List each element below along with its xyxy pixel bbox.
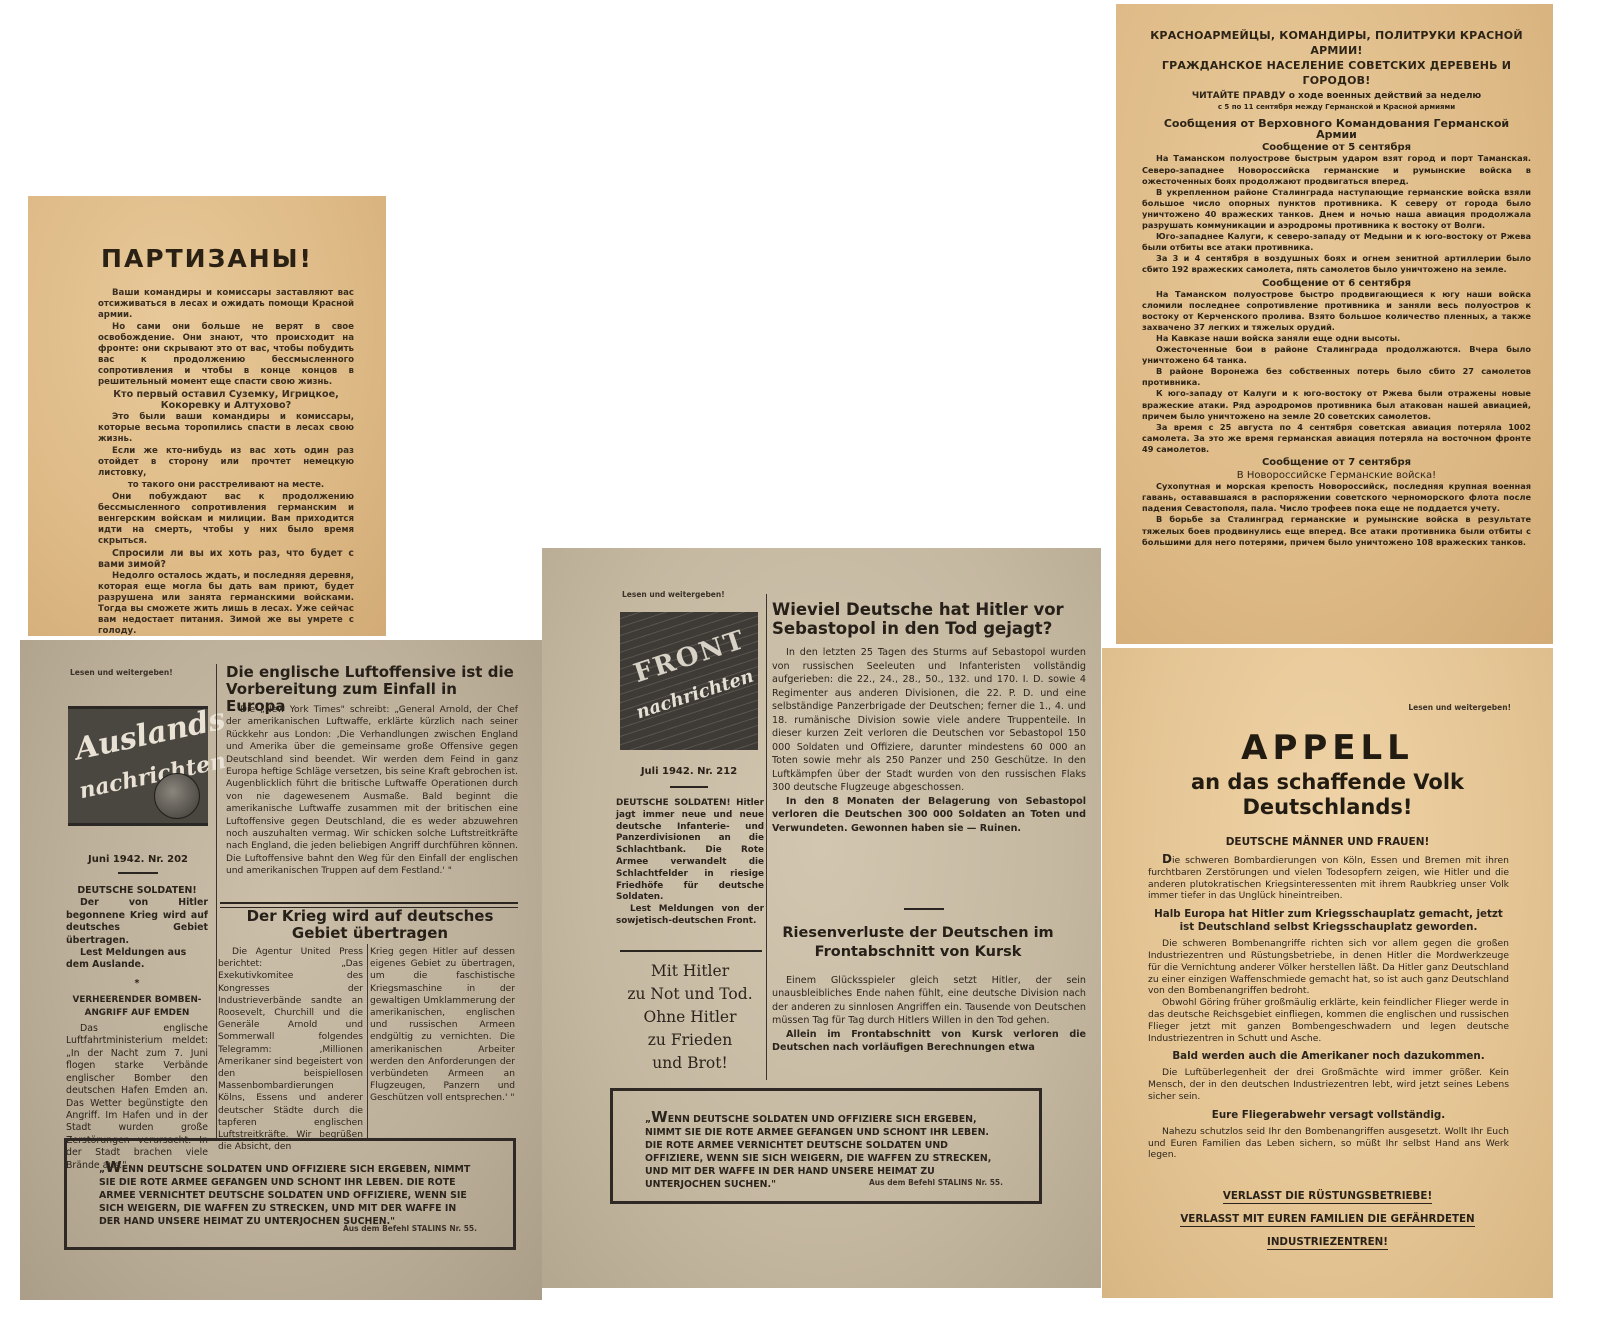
leaflet-frontnachrichten: Lesen und weitergeben! FRONT nachrichten… [542, 548, 1101, 1288]
read-truth: ЧИТАЙТЕ ПРАВДУ о ходе военных действий з… [1142, 91, 1531, 102]
leaflet-auslandsnachrichten: Lesen und weitergeben! Auslands nachrich… [20, 640, 542, 1300]
paragraph: Allein im Frontabschnitt von Kursk verlo… [772, 1028, 1086, 1055]
question: Спросили ли вы их хоть раз, что будет с … [98, 548, 354, 570]
stalin-quote-box: „Wenn deutsche Soldaten und Offiziere si… [64, 1138, 516, 1250]
paragraph: Если же кто-нибудь из вас хоть один раз … [98, 446, 354, 479]
quote-source: Aus dem Befehl STALINS Nr. 55. [869, 1178, 1003, 1187]
paragraph: Сухопутная и морская крепость Новороссий… [1142, 481, 1531, 514]
headline: Der Krieg wird auf deutsches Gebiet über… [220, 908, 520, 942]
slogan: Mit Hitler zu Not und Tod. Ohne Hitler z… [616, 960, 764, 1075]
quote-initial: W [651, 1108, 668, 1126]
article-column: Die Agentur United Press berichtet: „Das… [218, 946, 363, 1153]
left-column: DEUTSCHE SOLDATEN! Der von Hitler begonn… [66, 885, 208, 1172]
paragraph: то такого они расстреливают на месте. [98, 480, 354, 491]
paragraph: Obwohl Göring früher großmäulig erklärte… [1148, 997, 1509, 1044]
headline: Riesenverluste der Deutschen im Frontabs… [772, 924, 1064, 962]
column-divider [367, 944, 368, 1139]
paragraph: На Кавказе наши войска заняли еще одни в… [1142, 333, 1531, 344]
paragraph: In den 8 Monaten der Belagerung von Seba… [772, 795, 1086, 836]
slogan-line: zu Not und Tod. [616, 983, 764, 1006]
section-subtitle: В Новороссийске Германские войска! [1142, 470, 1531, 481]
paragraph: Недолго осталось ждать, и последняя дере… [98, 571, 354, 636]
appell-body: Die schweren Bombardierungen von Köln, E… [1148, 854, 1509, 1161]
column-divider [766, 594, 767, 1080]
paragraph: На Таманском полуострове быстро продвига… [1142, 289, 1531, 333]
pass-on-note: Lesen und weitergeben! [622, 590, 725, 599]
slogan-line: zu Frieden [616, 1029, 764, 1052]
paragraph: Die schweren Bombardierungen von Köln, E… [1148, 854, 1509, 902]
paragraph: Lest Meldungen aus dem Auslande. [66, 947, 208, 972]
bomb-heading: VERHEERENDER BOMBEN-ANGRIFF AUF EMDEN [66, 994, 208, 1019]
salutation: DEUTSCHE MÄNNER UND FRAUEN! [1102, 836, 1553, 848]
column-divider [216, 664, 217, 1139]
paragraph: В укрепленном районе Сталинграда наступа… [1142, 187, 1531, 231]
article-column: Krieg gegen Hitler auf dessen eigenes Ge… [370, 946, 515, 1105]
section-title: Сообщение от 6 сентября [1142, 278, 1531, 289]
paragraph: На Таманском полуострове быстрым ударом … [1142, 153, 1531, 186]
slogan-line: Ohne Hitler [616, 1006, 764, 1029]
subheading: Bald werden auch die Amerikaner noch daz… [1148, 1050, 1509, 1063]
paragraph: Lest Meldungen von der sowjetisch-deutsc… [616, 904, 764, 928]
stalin-quote-box: „Wenn deutsche Soldaten und Offiziere si… [610, 1088, 1042, 1204]
article: Die „New York Times" schreibt: „General … [226, 704, 518, 878]
paragraph: Ожесточенные бои в районе Сталинграда пр… [1142, 344, 1531, 366]
question: Кто первый оставил Суземку, Игрицкое, Ко… [98, 389, 354, 411]
slogan-line: und Brot! [616, 1052, 764, 1075]
issue-number: Juli 1942. Nr. 212 [620, 766, 758, 777]
call-line: INDUSTRIEZENTREN! [1102, 1236, 1553, 1248]
paragraph: In den letzten 25 Tagen des Sturms auf S… [772, 646, 1086, 795]
masthead-logo: FRONT nachrichten [620, 612, 758, 750]
paragraph: В борьбе за Сталинград германские и румы… [1142, 514, 1531, 547]
report-source: Сообщения от Верховного Командования Гер… [1142, 118, 1531, 140]
leaflet-appell: Lesen und weitergeben! APPELL an das sch… [1102, 648, 1553, 1298]
leaflet-partisans: ПАРТИЗАНЫ! Ваши командиры и комиссары за… [28, 196, 386, 636]
read-truth-sub: с 5 по 11 сентября между Германской и Кр… [1142, 102, 1531, 113]
section-title: Сообщение от 7 сентября [1142, 457, 1531, 468]
leaflet-body: Ваши командиры и комиссары заставляют ва… [98, 288, 354, 636]
issue-number: Juni 1942. Nr. 202 [68, 854, 208, 865]
left-column: DEUTSCHE SOLDATEN! Hitler jagt immer neu… [616, 798, 764, 928]
article: In den letzten 25 Tagen des Sturms auf S… [772, 646, 1086, 835]
paragraph: Der von Hitler begonnene Krieg wird auf … [66, 897, 208, 947]
leaflet-title: ПАРТИЗАНЫ! [28, 244, 386, 273]
divider [670, 786, 708, 788]
paragraph-text: ie schweren Bombardierungen von Köln, Es… [1148, 855, 1509, 901]
drop-cap: D [1162, 852, 1172, 866]
pass-on-note: Lesen und weitergeben! [70, 668, 173, 677]
paragraph: Юго-западнее Калуги, к северо-западу от … [1142, 231, 1531, 253]
paragraph: Nahezu schutzlos seid Ihr den Bombenangr… [1148, 1126, 1509, 1161]
divider [118, 872, 158, 874]
paragraph: Они побуждают вас к продолжению бессмысл… [98, 492, 354, 547]
masthead-logo: Auslands nachrichten [68, 706, 208, 826]
stalin-quote: „Wenn deutsche Soldaten und Offiziere si… [99, 1161, 477, 1228]
article: Einem Glücksspieler gleich setzt Hitler,… [772, 974, 1086, 1054]
subheading: Eure Fliegerabwehr versagt vollständig. [1148, 1109, 1509, 1122]
globe-icon [154, 773, 200, 819]
star-icon: * [66, 978, 208, 990]
paragraph: Die Luftüberlegenheit der drei Großmächt… [1148, 1067, 1509, 1102]
call-line: VERLASST MIT EUREN FAMILIEN DIE GEFÄHRDE… [1102, 1213, 1553, 1225]
paragraph: Ваши командиры и комиссары заставляют ва… [98, 288, 354, 321]
subtitle-line: an das schaffende Volk [1102, 770, 1553, 795]
paragraph: DEUTSCHE SOLDATEN! Hitler jagt immer neu… [616, 798, 764, 904]
section-title: Сообщение от 5 сентября [1142, 142, 1531, 153]
calls-to-action: VERLASST DIE RÜSTUNGSBETRIEBE! VERLASST … [1102, 1190, 1553, 1259]
left-heading: DEUTSCHE SOLDATEN! [66, 885, 208, 897]
paragraph: Die schweren Bombenangriffe richten sich… [1148, 938, 1509, 997]
leaflet-title: APPELL [1102, 728, 1553, 768]
report-heading: КРАСНОАРМЕЙЦЫ, КОМАНДИРЫ, ПОЛИТРУКИ КРАС… [1142, 28, 1531, 58]
call-text: INDUSTRIEZENTREN! [1267, 1236, 1388, 1250]
pass-on-note: Lesen und weitergeben! [1408, 703, 1511, 712]
divider [904, 908, 944, 910]
headline: Wieviel Deutsche hat Hitler vor Sebastop… [772, 600, 1088, 638]
report-heading: ГРАЖДАНСКОЕ НАСЕЛЕНИЕ СОВЕТСКИХ ДЕРЕВЕНЬ… [1142, 58, 1531, 88]
leaflet-subtitle: an das schaffende Volk Deutschlands! [1102, 770, 1553, 820]
paragraph: За время с 25 августа по 4 сентября сове… [1142, 422, 1531, 455]
quote-source: Aus dem Befehl STALINS Nr. 55. [343, 1224, 477, 1233]
paragraph: За 3 и 4 сентября в воздушных боях и огн… [1142, 253, 1531, 275]
report-body: КРАСНОАРМЕЙЦЫ, КОМАНДИРЫ, ПОЛИТРУКИ КРАС… [1142, 28, 1531, 548]
paragraph: Это были ваши командиры и комиссары, кот… [98, 412, 354, 445]
leaflet-report: КРАСНОАРМЕЙЦЫ, КОМАНДИРЫ, ПОЛИТРУКИ КРАС… [1116, 4, 1553, 644]
call-text: VERLASST MIT EUREN FAMILIEN DIE GEFÄHRDE… [1180, 1213, 1474, 1227]
divider [620, 950, 762, 952]
paragraph: Но сами они больше не верят в свое освоб… [98, 322, 354, 388]
quote-text: enn deutsche Soldaten und Offiziere sich… [99, 1164, 470, 1227]
call-text: VERLASST DIE RÜSTUNGSBETRIEBE! [1223, 1190, 1432, 1204]
subtitle-line: Deutschlands! [1102, 795, 1553, 820]
paragraph: К юго-западу от Калуги и к юго-востоку о… [1142, 388, 1531, 421]
quote-initial: W [105, 1158, 122, 1176]
paragraph: В районе Воронежа без собственных потерь… [1142, 366, 1531, 388]
subheading: Halb Europa hat Hitler zum Kriegsschaupl… [1148, 908, 1509, 934]
paragraph: Einem Glücksspieler gleich setzt Hitler,… [772, 974, 1086, 1028]
call-line: VERLASST DIE RÜSTUNGSBETRIEBE! [1102, 1190, 1553, 1202]
slogan-line: Mit Hitler [616, 960, 764, 983]
